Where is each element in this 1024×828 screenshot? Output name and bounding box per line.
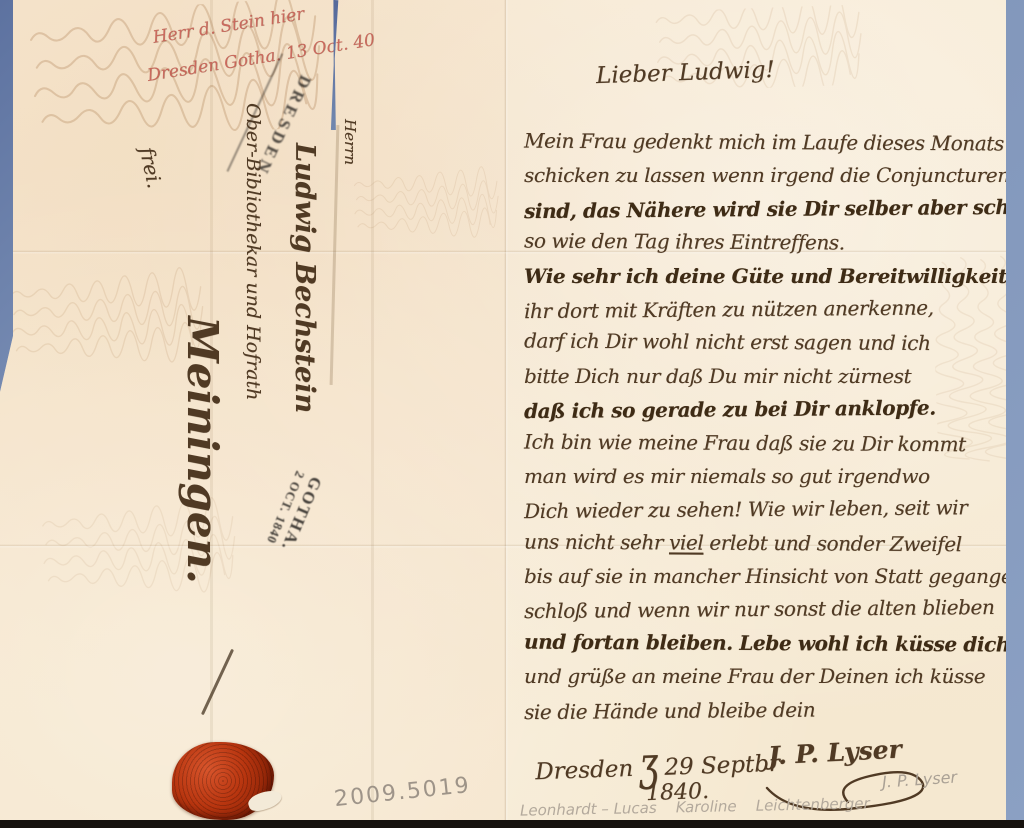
letter-body-line: ihr dort mit Kräften zu nützen anerkenne…: [524, 291, 1006, 329]
letter-body-line: Wie sehr ich deine Güte und Bereitwillig…: [524, 260, 1006, 293]
salutation: Lieber Ludwig!: [596, 57, 776, 89]
letter-body-line: und grüße an meine Frau der Deinen ich k…: [524, 660, 1006, 693]
letter-body-line: Mein Frau gedenkt mich im Laufe dieses M…: [524, 125, 1006, 161]
letter-body-line: Dich wieder zu sehen! Wie wir leben, sei…: [524, 491, 1006, 529]
letter-body-line: bitte Dich nur daß Du mir nicht zürnest: [524, 360, 1006, 393]
letter-body-line: bis auf sie in mancher Hinsicht von Stat…: [524, 560, 1006, 593]
letter-body-line: Ich bin wie meine Frau daß sie zu Dir ko…: [524, 425, 1006, 461]
address-title: Ober-Bibliothekar und Hofrath: [228, 103, 278, 505]
letter-body-line: und fortan bleiben. Lebe wohl ich küsse …: [524, 625, 1006, 661]
letter-paper: Herr d. Stein hier Dresden Gotha. 13 Oct…: [0, 0, 1006, 820]
letter-body-line: sind, das Nähere wird sie Dir selber abe…: [524, 191, 1006, 229]
letter-scan: Herr d. Stein hier Dresden Gotha. 13 Oct…: [0, 0, 1024, 828]
letter-body-line: uns nicht sehr viel erlebt und sonder Zw…: [524, 525, 1006, 561]
letter-body-line: so wie den Tag ihres Eintreffens.: [524, 225, 1006, 261]
letter-body-line: sie die Hände und bleibe dein: [524, 692, 1006, 730]
letter-body-line: schicken zu lassen wenn irgend die Conju…: [524, 159, 1006, 192]
address-city: Meiningen.: [157, 280, 227, 620]
letter-body: Mein Frau gedenkt mich im Laufe dieses M…: [524, 126, 1006, 727]
scanner-tray-edge: [0, 820, 1024, 828]
letter-body-line: darf ich Dir wohl nicht erst sagen und i…: [524, 325, 1006, 361]
letter-body-line: schloß und wenn wir nur sonst die alten …: [524, 591, 1006, 629]
address-name: Ludwig Bechstein: [278, 143, 330, 505]
dateline-place: Dresden: [535, 756, 634, 785]
letter-body-line: man wird es mir niemals so gut irgendwo: [524, 460, 1006, 493]
letter-body-line: daß ich so gerade zu bei Dir anklopfe.: [524, 391, 1006, 429]
address-honorific: Herrn: [330, 119, 370, 505]
